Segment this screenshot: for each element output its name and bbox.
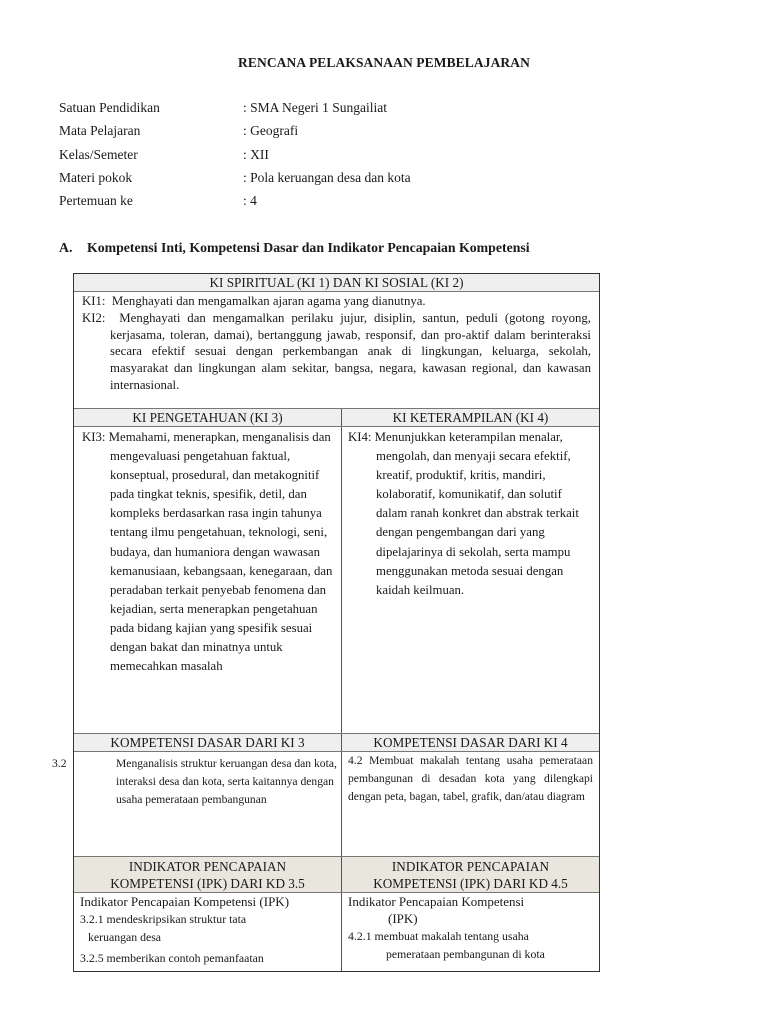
- ki4-item: KI4: Menunjukkan keterampilan menalar, m…: [348, 428, 595, 600]
- ipk-body-row: Indikator Pencapaian Kompetensi (IPK) 3.…: [74, 893, 599, 971]
- kd-header-row: KOMPETENSI DASAR DARI KI 3 KOMPETENSI DA…: [74, 734, 599, 752]
- ki12-body: KI1: Menghayati dan mengamalkan ajaran a…: [74, 292, 599, 409]
- competency-table: KI SPIRITUAL (KI 1) DAN KI SOSIAL (KI 2)…: [73, 273, 600, 972]
- meta-value: : XII: [243, 147, 269, 170]
- ipk3-cell: Indikator Pencapaian Kompetensi (IPK) 3.…: [74, 893, 342, 971]
- ki1-text: Menghayati dan mengamalkan ajaran agama …: [112, 293, 426, 310]
- ki4-label: KI4:: [348, 430, 371, 444]
- ki2-item: KI2: Menghayati dan mengamalkan perilaku…: [82, 310, 591, 394]
- ipk3-item-1-line2: keruangan desa: [80, 928, 337, 946]
- kd4-text: 4.2 Membuat makalah tentang usaha pemera…: [348, 752, 593, 806]
- ipk4-title-line2: (IPK): [348, 910, 595, 927]
- section-title: Kompetensi Inti, Kompetensi Dasar dan In…: [87, 240, 530, 255]
- section-a-heading: A.Kompetensi Inti, Kompetensi Dasar dan …: [59, 240, 530, 256]
- ipk3-header-line2: KOMPETENSI (IPK) DARI KD 3.5: [74, 875, 341, 892]
- document-title: RENCANA PELAKSANAAN PEMBELAJARAN: [0, 55, 768, 71]
- ki3-cell: KI3: Memahami, menerapkan, menganalisis …: [74, 427, 342, 733]
- ipk4-header-line2: KOMPETENSI (IPK) DARI KD 4.5: [342, 875, 599, 892]
- meta-label: Satuan Pendidikan: [59, 100, 243, 123]
- meta-row-kelas: Kelas/Semeter : XII: [59, 147, 411, 170]
- ipk3-header: INDIKATOR PENCAPAIAN KOMPETENSI (IPK) DA…: [74, 857, 342, 892]
- kd3-item: 3.2Menganalisis struktur keruangan desa …: [84, 755, 337, 809]
- ki2-label: KI2:: [82, 311, 105, 325]
- ki4-cell: KI4: Menunjukkan keterampilan menalar, m…: [342, 427, 599, 733]
- section-letter: A.: [59, 240, 87, 256]
- ipk4-title-line1: Indikator Pencapaian Kompetensi: [348, 893, 595, 910]
- ipk3-header-line1: INDIKATOR PENCAPAIAN: [74, 858, 341, 875]
- ipk3-title: Indikator Pencapaian Kompetensi (IPK): [80, 893, 337, 910]
- kd3-header: KOMPETENSI DASAR DARI KI 3: [74, 734, 342, 751]
- ipk3-item-2-line1: 3.2.5 memberikan contoh pemanfaatan: [80, 949, 337, 967]
- meta-value: : Pola keruangan desa dan kota: [243, 170, 411, 193]
- meta-value: : Geografi: [243, 123, 298, 146]
- ki3-text: Memahami, menerapkan, menganalisis dan m…: [109, 430, 333, 673]
- ipk4-item-1-line2: pemerataan pembangunan di kota: [348, 945, 595, 963]
- ipk4-cell: Indikator Pencapaian Kompetensi (IPK) 4.…: [342, 893, 599, 971]
- meta-label: Kelas/Semeter: [59, 147, 243, 170]
- kd3-number: 3.2: [84, 755, 116, 773]
- meta-value: : 4: [243, 193, 257, 216]
- meta-label: Mata Pelajaran: [59, 123, 243, 146]
- ipk4-header: INDIKATOR PENCAPAIAN KOMPETENSI (IPK) DA…: [342, 857, 599, 892]
- ipk4-header-line1: INDIKATOR PENCAPAIAN: [342, 858, 599, 875]
- ki2-text: Menghayati dan mengamalkan perilaku juju…: [110, 311, 591, 392]
- kd4-header: KOMPETENSI DASAR DARI KI 4: [342, 734, 599, 751]
- ki1-label: KI1:: [82, 293, 105, 310]
- ki3-item: KI3: Memahami, menerapkan, menganalisis …: [82, 428, 337, 676]
- ki34-body-row: KI3: Memahami, menerapkan, menganalisis …: [74, 427, 599, 734]
- ki3-header: KI PENGETAHUAN (KI 3): [74, 409, 342, 426]
- document-meta: Satuan Pendidikan : SMA Negeri 1 Sungail…: [59, 100, 411, 216]
- kd4-cell: 4.2 Membuat makalah tentang usaha pemera…: [342, 752, 599, 856]
- meta-label: Materi pokok: [59, 170, 243, 193]
- meta-row-materi: Materi pokok : Pola keruangan desa dan k…: [59, 170, 411, 193]
- ki4-header: KI KETERAMPILAN (KI 4): [342, 409, 599, 426]
- kd3-text: Menganalisis struktur keruangan desa dan…: [116, 757, 337, 806]
- ipk4-item-1-line1: 4.2.1 membuat makalah tentang usaha: [348, 927, 595, 945]
- ipk-header-row: INDIKATOR PENCAPAIAN KOMPETENSI (IPK) DA…: [74, 857, 599, 893]
- ki4-text: Menunjukkan keterampilan menalar, mengol…: [375, 430, 579, 597]
- ki12-header: KI SPIRITUAL (KI 1) DAN KI SOSIAL (KI 2): [74, 274, 599, 292]
- meta-row-mapel: Mata Pelajaran : Geografi: [59, 123, 411, 146]
- meta-value: : SMA Negeri 1 Sungailiat: [243, 100, 387, 123]
- kd3-cell: 3.2Menganalisis struktur keruangan desa …: [74, 752, 342, 856]
- kd-body-row: 3.2Menganalisis struktur keruangan desa …: [74, 752, 599, 857]
- ipk3-item-1-line1: 3.2.1 mendeskripsikan struktur tata: [80, 910, 337, 928]
- meta-row-satuan: Satuan Pendidikan : SMA Negeri 1 Sungail…: [59, 100, 411, 123]
- ki3-label: KI3:: [82, 430, 105, 444]
- meta-row-pertemuan: Pertemuan ke : 4: [59, 193, 411, 216]
- meta-label: Pertemuan ke: [59, 193, 243, 216]
- ki1-item: KI1: Menghayati dan mengamalkan ajaran a…: [82, 293, 591, 310]
- ki34-header-row: KI PENGETAHUAN (KI 3) KI KETERAMPILAN (K…: [74, 409, 599, 427]
